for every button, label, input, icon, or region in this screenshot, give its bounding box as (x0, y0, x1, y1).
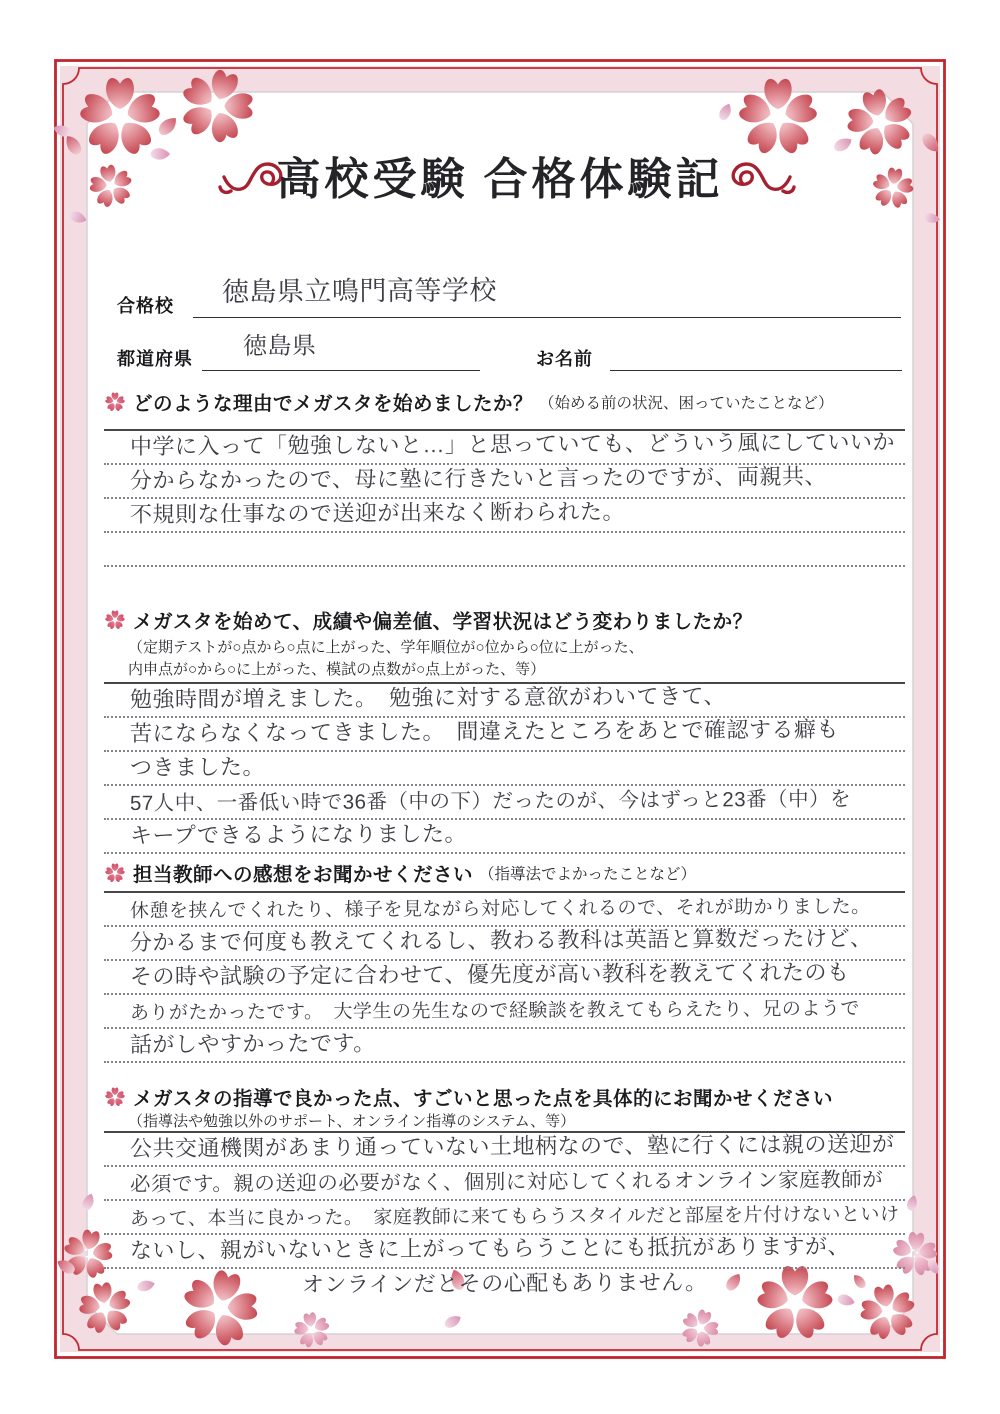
answer-line: 公共交通機関があまり通っていない土地柄なので、塾に行くには親の送迎が (104, 1133, 905, 1167)
sakura-bullet-icon (104, 1086, 126, 1108)
question-2: メガスタを始めて、成績や偏差値、学習状況はどう変わりましたか？ (104, 606, 914, 634)
answer-3: 休憩を挟んでくれたり、様子を見ながら対応してくれるので、それが助かりました。 分… (104, 891, 905, 1063)
answer-4: 公共交通機関があまり通っていない土地柄なので、塾に行くには親の送迎が 必須です。… (104, 1131, 905, 1301)
answer-line: 57人中、一番低い時で36番（中の下）だったのが、今はずっと23番（中）を (104, 786, 905, 820)
question-1: どのような理由でメガスタを始めましたか？ （始める前の状況、困っていたことなど） (104, 388, 914, 416)
prefecture-underline (202, 370, 480, 371)
school-label: 合格校 (117, 292, 174, 318)
question-3-text: 担当教師への感想をお聞かせください (133, 859, 473, 887)
sakura-bullet-icon (104, 862, 126, 884)
sakura-bullet-icon (104, 609, 126, 631)
school-underline (193, 317, 901, 318)
answer-line (104, 533, 905, 567)
answer-line: 苦にならなくなってきました。 間違えたところをあとで確認する癖も (104, 718, 905, 752)
header: 高校受験 合格体験記 (0, 143, 1000, 207)
question-4-text: メガスタの指導で良かった点、すごいと思った点を具体的にお聞かせください (133, 1083, 833, 1111)
question-1-text: どのような理由でメガスタを始めましたか？ (133, 388, 533, 416)
answer-line: ありがたかったです。 大学生の先生なので経験談を教えてもらえたり、兄のようで (104, 995, 905, 1029)
answer-line: その時や試験の予定に合わせて、優先度が高い教科を教えてくれたのも (104, 961, 905, 995)
question-3-note: （指導法でよかったことなど） (479, 862, 696, 884)
answer-line: オンラインだとその心配もありません。 (104, 1269, 905, 1301)
question-2-text: メガスタを始めて、成績や偏差値、学習状況はどう変わりましたか？ (133, 606, 753, 634)
testimonial-form-page: 高校受験 合格体験記 合格校 徳島県立鳴門高等学校 都道府県 徳島県 お名前 ど… (0, 0, 1000, 1414)
question-2-note: （定期テストが○点から○点に上がった、学年順位が○位から○位に上がった、 内申点… (128, 637, 644, 681)
answer-line: 不規則な仕事なので送迎が出来なく断わられた。 (104, 499, 905, 533)
answer-line: ないし、親がいないときに上がってもらうことにも抵抗がありますが、 (104, 1235, 905, 1269)
question-4: メガスタの指導で良かった点、すごいと思った点を具体的にお聞かせください (104, 1083, 914, 1111)
answer-line: 話がしやすかったです。 (104, 1029, 905, 1063)
question-3: 担当教師への感想をお聞かせください （指導法でよかったことなど） (104, 859, 914, 887)
answer-1: 中学に入って「勉強しないと…」と思っていても、どういう風にしていいか 分からなか… (104, 429, 905, 567)
prefecture-value: 徳島県 (243, 326, 317, 361)
sakura-bullet-icon (104, 391, 126, 413)
prefecture-label: 都道府県 (117, 345, 193, 371)
answer-line: 必須です。親の送迎の必要がなく、個別に対応してくれるオンライン家庭教師が (104, 1167, 905, 1201)
school-value: 徳島県立鳴門高等学校 (222, 270, 497, 309)
answer-line: キープできるようになりました。 (104, 820, 905, 854)
answer-line: つきました。 (104, 752, 905, 786)
name-label: お名前 (536, 345, 593, 371)
question-1-note: （始める前の状況、困っていたことなど） (539, 391, 834, 413)
page-title: 高校受験 合格体験記 (277, 155, 724, 204)
answer-line: 分からなかったので、母に塾に行きたいと言ったのですが、両親共、 (104, 465, 905, 499)
answer-2: 勉強時間が増えました。 勉強に対する意欲がわいてきて、 苦にならなくなってきまし… (104, 682, 905, 854)
name-underline (610, 370, 902, 371)
